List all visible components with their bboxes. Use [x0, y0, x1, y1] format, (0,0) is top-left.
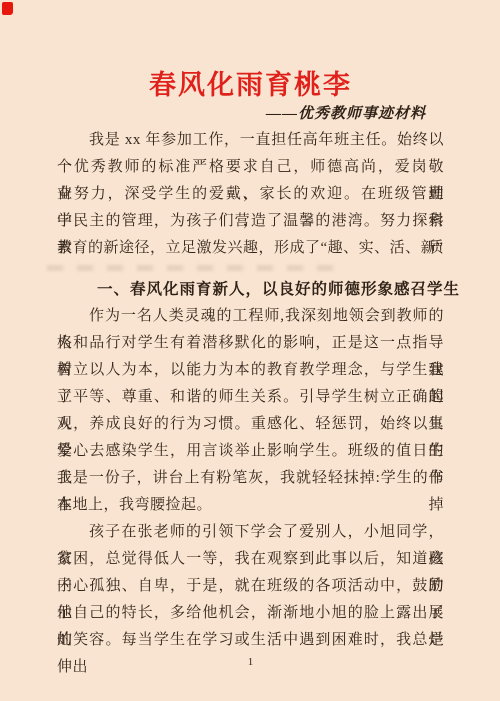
paragraph-2: 作为一名人类灵魂的工程师,我深刻地领会到教师的人 格和品行对学生有着潜移默化的影… [57, 303, 444, 519]
text-line: 孩子在张老师的引领下学会了爱别人，小旭同学，家庭 [57, 519, 444, 546]
text-line: 贫困，总觉得低人一等，我在观察到此事以后，知道孩子的 [57, 546, 444, 573]
document-subtitle: ——优秀教师事迹材料 [57, 104, 444, 124]
text-line: 的笑容。每当学生在学习或生活中遇到困难时，我总是伸出 [57, 627, 444, 654]
faded-text-smear [47, 265, 347, 271]
text-line: 示自己的特长，多给他机会，渐渐地小旭的脸上露出了灿烂 [57, 600, 444, 627]
document-page: 春风化雨育桃李 ——优秀教师事迹材料 我是 xx 年参加工作，一直担任高年班主任… [0, 0, 500, 701]
text-line: 内心孤独、自卑，于是，就在班级的各项活动中，鼓励他展 [57, 573, 444, 600]
text-line: 我是一份子，讲台上有粉笔灰，我就轻轻抹掉:学生的书本掉 [57, 465, 444, 492]
text-line: 了平等、尊重、和谐的师生关系。引导学生树立正确的人生 [57, 384, 444, 411]
paragraph-1: 我是 xx 年参加工作，一直担任高年班主任。始终以一 个优秀教师的标准严格要求自… [57, 127, 444, 262]
text-line: 我是 xx 年参加工作，一直担任高年班主任。始终以一 [57, 127, 444, 154]
text-line: 作为一名人类灵魂的工程师,我深刻地领会到教师的人 [57, 303, 444, 330]
text-line: 观，养成良好的行为习惯。重感化、轻惩罚，始终以真挚的 [57, 411, 444, 438]
text-line: 格和品行对学生有着潜移默化的影响，正是这一点指导着我 [57, 330, 444, 357]
text-line: 教育的新途径，立足激发兴趣，形成了“趣、实、活、新” [57, 235, 444, 262]
text-line: 学民主的管理，为孩子们营造了温馨的港湾。努力探索素质 [57, 208, 444, 235]
paragraph-3: 孩子在张老师的引领下学会了爱别人，小旭同学，家庭 贫困，总觉得低人一等，我在观察… [57, 519, 444, 654]
text-line: 树立以人为本，以能力为本的教育教学理念，与学生建立起 [57, 357, 444, 384]
faded-text-artifact [57, 262, 444, 276]
section-heading: 一、春风化雨育新人，以良好的师德形象感召学生 [57, 276, 444, 303]
text-line: 爱心去感染学生，用言谈举止影响学生。班级的值日生工作 [57, 438, 444, 465]
red-corner-mark-icon [2, 2, 13, 15]
page-number: 1 [57, 655, 444, 669]
document-body: 春风化雨育桃李 ——优秀教师事迹材料 我是 xx 年参加工作，一直担任高年班主任… [0, 0, 500, 669]
text-line: 个优秀教师的标准严格要求自己，师德高尚，爱岗敬业，勤 [57, 154, 444, 181]
document-title: 春风化雨育桃李 [57, 70, 444, 100]
text-line: 奋努力，深受学生的爱戴、家长的欢迎。在班级管理中，科 [57, 181, 444, 208]
